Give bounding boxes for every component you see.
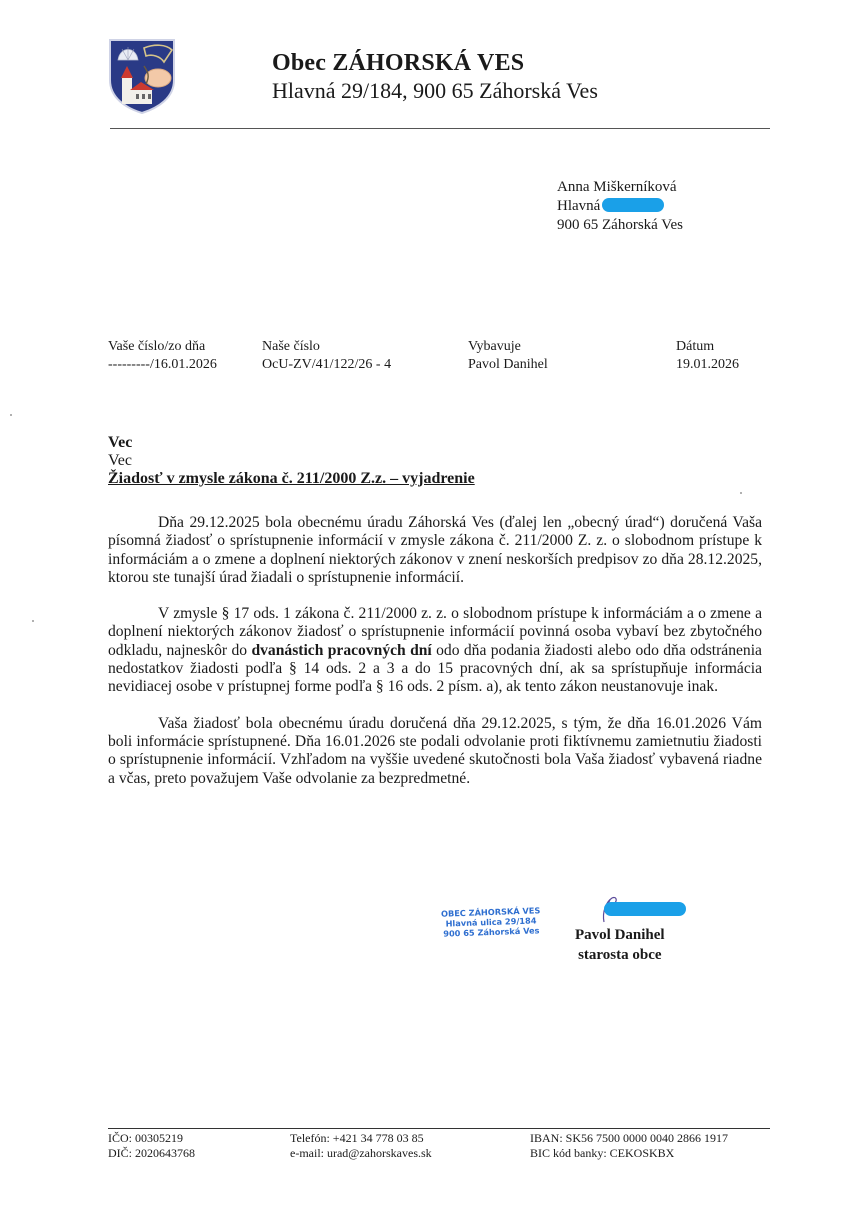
footer-divider [108, 1128, 770, 1129]
body-paragraph-3: Vaša žiadosť bola obecnému úradu doručen… [108, 715, 762, 788]
subject-block: Vec Vec Žiadosť v zmysle zákona č. 211/2… [108, 434, 475, 488]
letter-body: Dňa 29.12.2025 bola obecnému úradu Záhor… [108, 514, 762, 806]
footer-bic: BIC kód banky: CEKOSKBX [530, 1146, 728, 1161]
handled-by-value: Pavol Danihel [468, 356, 548, 374]
signature-redaction-mark [604, 902, 686, 916]
signatory-name: Pavol Danihel [575, 925, 665, 945]
redaction-mark [602, 198, 664, 212]
your-reference-label: Vaše číslo/zo dňa [108, 338, 217, 356]
organization-address: Hlavná 29/184, 900 65 Záhorská Ves [272, 78, 598, 104]
official-stamp: OBEC ZÁHORSKÁ VES Hlavná ulica 29/184 90… [436, 905, 547, 939]
footer-tax-ids: IČO: 00305219 DIČ: 2020643768 [108, 1131, 195, 1161]
our-reference-value: OcU-ZV/41/122/26 - 4 [262, 356, 391, 374]
organization-name: Obec ZÁHORSKÁ VES [272, 50, 524, 77]
subject-title: Žiadosť v zmysle zákona č. 211/2000 Z.z.… [108, 470, 475, 488]
letter-date-value: 19.01.2026 [676, 356, 739, 374]
body-paragraph-2: V zmysle § 17 ods. 1 zákona č. 211/2000 … [108, 605, 762, 696]
recipient-name: Anna Miškerníková [557, 178, 683, 197]
header-divider [110, 128, 770, 129]
our-reference-label: Naše číslo [262, 338, 391, 356]
scan-speck [10, 414, 12, 416]
footer-bank: IBAN: SK56 7500 0000 0040 2866 1917 BIC … [530, 1131, 728, 1161]
recipient-city: 900 65 Záhorská Ves [557, 216, 683, 235]
subject-label-bold: Vec [108, 434, 475, 452]
footer-dic: DIČ: 2020643768 [108, 1146, 195, 1161]
signatory-role: starosta obce [575, 945, 665, 965]
letter-date: Dátum 19.01.2026 [676, 338, 739, 374]
municipal-coat-of-arms-icon [108, 38, 176, 114]
recipient-address-block: Anna Miškerníková Hlavná 900 65 Záhorská… [557, 178, 683, 235]
footer-contact: Telefón: +421 34 778 03 85 e-mail: urad@… [290, 1131, 432, 1161]
footer-phone: Telefón: +421 34 778 03 85 [290, 1131, 432, 1146]
recipient-street: Hlavná [557, 197, 683, 216]
body-paragraph-1: Dňa 29.12.2025 bola obecnému úradu Záhor… [108, 514, 762, 587]
footer-ico: IČO: 00305219 [108, 1131, 195, 1146]
handled-by: Vybavuje Pavol Danihel [468, 338, 548, 374]
handled-by-label: Vybavuje [468, 338, 548, 356]
scan-speck [32, 620, 34, 622]
our-reference: Naše číslo OcU-ZV/41/122/26 - 4 [262, 338, 391, 374]
subject-label: Vec [108, 452, 475, 470]
footer-iban: IBAN: SK56 7500 0000 0040 2866 1917 [530, 1131, 728, 1146]
your-reference: Vaše číslo/zo dňa ---------/16.01.2026 [108, 338, 217, 374]
signatory: Pavol Danihel starosta obce [575, 925, 665, 965]
footer-email: e-mail: urad@zahorskaves.sk [290, 1146, 432, 1161]
letter-date-label: Dátum [676, 338, 739, 356]
scan-speck [740, 492, 742, 494]
your-reference-value: ---------/16.01.2026 [108, 356, 217, 374]
